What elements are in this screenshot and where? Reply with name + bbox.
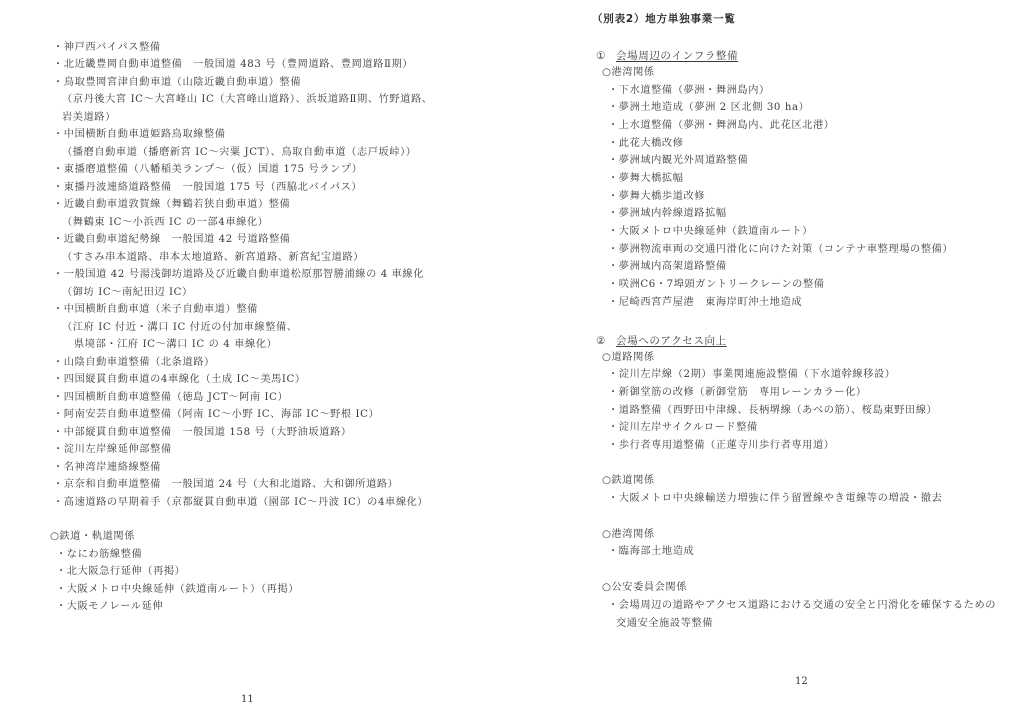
list-item: ・近畿自動車道敦賀線（舞鶴若狭自動車道）整備 <box>53 198 290 212</box>
list-item: ・東播丹波連絡道路整備 一般国道 175 号（西脇北バイパス） <box>53 181 362 195</box>
category-heading: ○港湾関係 <box>602 528 655 542</box>
list-item: ・四国縦貫自動車道の4車線化（土成 IC～美馬IC） <box>53 373 306 387</box>
list-item: ・夢洲域内高架道路整備 <box>608 260 727 274</box>
list-item: ・高速道路の早期着手（京都縦貫自動車道（園部 IC～丹波 IC）の4車線化） <box>53 496 428 510</box>
list-item-continuation: 交通安全施設等整備 <box>616 617 713 631</box>
list-item: ・名神湾岸連絡線整備 <box>53 461 161 475</box>
list-item-continuation: 岩美道路） <box>62 111 116 125</box>
section-heading: ①会場周辺のインフラ整備 <box>596 48 738 63</box>
list-item: ・神戸西バイパス整備 <box>53 41 161 55</box>
document-title: （別表2）地方単独事業一覧 <box>592 11 736 26</box>
list-item: ・夢洲域内幹線道路拡幅 <box>608 207 727 221</box>
list-item: ・会場周辺の道路やアクセス道路における交通の安全と円滑化を確保するための <box>608 599 996 613</box>
list-item: ・四国横断自動車道整備（徳島 JCT～阿南 IC） <box>53 391 288 405</box>
list-item-continuation: （御坊 IC～南紀田辺 IC） <box>62 286 193 300</box>
section-number: ② <box>596 335 606 347</box>
left-page: ・神戸西バイパス整備・北近畿豊岡自動車道整備 一般国道 483 号（豊岡道路、豊… <box>0 0 512 714</box>
list-item: ・新御堂筋の改修（新御堂筋 専用レーンカラー化） <box>608 386 867 400</box>
list-item: ・大阪メトロ中央線延伸（鉄道南ルート） <box>608 225 813 239</box>
list-item: ・咲洲C6・7埠頭ガントリークレーンの整備 <box>608 278 825 292</box>
list-item: ・大阪メトロ中央線延伸（鉄道南ルート）（再掲） <box>56 583 299 597</box>
list-item: ・中部縦貫自動車道整備 一般国道 158 号（大野油坂道路） <box>53 426 352 440</box>
category-heading: ○鉄道・軌道関係 <box>50 530 135 544</box>
list-item: ・道路整備（西野田中津線、長柄堺線（あべの筋）、桜島東野田線） <box>608 404 937 418</box>
list-item: ・中国横断自動車道（米子自動車道）整備 <box>53 303 258 317</box>
list-item: ・近畿自動車道紀勢線 一般国道 42 号道路整備 <box>53 233 291 247</box>
list-item: ・夢舞大橋拡幅 <box>608 172 684 186</box>
list-item-continuation: 県境部・江府 IC～溝口 IC の 4 車線化） <box>74 338 277 352</box>
list-item-continuation: （江府 IC 付近・溝口 IC 付近の付加車線整備、 <box>62 321 298 335</box>
list-item: ・臨海部土地造成 <box>608 545 694 559</box>
list-item: ・一般国道 42 号湯浅御坊道路及び近畿自動車道松原那智勝浦線の 4 車線化 <box>53 268 424 282</box>
list-item: ・夢洲土地造成（夢洲 2 区北側 30 ha） <box>608 101 809 115</box>
list-item: ・京奈和自動車道整備 一般国道 24 号（大和北道路、大和御所道路） <box>53 478 398 492</box>
list-item: ・夢洲物流車両の交通円滑化に向けた対策（コンテナ車整理場の整備） <box>608 243 953 257</box>
category-heading: ○港湾関係 <box>602 66 655 80</box>
category-heading: ○鉄道関係 <box>602 474 655 488</box>
list-item: ・夢舞大橋歩道改修 <box>608 190 705 204</box>
list-item: ・阿南安芸自動車道整備（阿南 IC～小野 IC、海部 IC～野根 IC） <box>53 408 379 422</box>
list-item: ・淀川左岸線（2期）事業関連施設整備（下水道幹線移設） <box>608 368 896 382</box>
list-item: ・淀川左岸線延伸部整備 <box>53 443 172 457</box>
list-item: ・夢洲域内観光外周道路整備 <box>608 154 748 168</box>
page-number-right: 12 <box>795 676 808 687</box>
list-item: ・歩行者専用道整備（正蓮寺川歩行者専用道） <box>608 439 835 453</box>
list-item: ・北近畿豊岡自動車道整備 一般国道 483 号（豊岡道路、豊岡道路Ⅱ期） <box>53 58 413 72</box>
section-heading: ②会場へのアクセス向上 <box>596 333 727 348</box>
list-item-continuation: （京丹後大宮 IC～大宮峰山 IC（大宮峰山道路）、浜坂道路Ⅱ期、竹野道路、 <box>62 93 433 107</box>
list-item: ・淀川左岸サイクルロード整備 <box>608 421 758 435</box>
right-page: （別表2）地方単独事業一覧 ○港湾関係・下水道整備（夢洲・舞洲島内）・夢洲土地造… <box>512 0 1024 714</box>
category-heading: ○公安委員会関係 <box>602 581 687 595</box>
list-item: ・此花大橋改修 <box>608 137 684 151</box>
list-item: ・尼崎西宮芦屋港 東海岸町沖土地造成 <box>608 296 802 310</box>
list-item: ・なにわ筋線整備 <box>56 548 142 562</box>
section-number: ① <box>596 50 606 62</box>
list-item-continuation: （播磨自動車道（播磨新宮 IC～宍粟 JCT）、鳥取自動車道（志戸坂峠）） <box>62 146 417 160</box>
page-number-left: 11 <box>241 694 254 705</box>
list-item: ・下水道整備（夢洲・舞洲島内） <box>608 84 770 98</box>
list-item: ・上水道整備（夢洲・舞洲島内、此花区北港） <box>608 119 835 133</box>
list-item-continuation: （すさみ串本道路、串本太地道路、新宮道路、新宮紀宝道路） <box>62 251 364 265</box>
list-item: ・大阪モノレール延伸 <box>56 600 163 614</box>
list-item: ・北大阪急行延伸（再掲） <box>56 565 185 579</box>
list-item: ・山陰自動車道整備（北条道路） <box>53 356 215 370</box>
section-title: 会場周辺のインフラ整備 <box>616 50 738 62</box>
category-heading: ○道路関係 <box>602 351 655 365</box>
section-title: 会場へのアクセス向上 <box>616 335 727 347</box>
list-item: ・鳥取豊岡宮津自動車道（山陰近畿自動車道）整備 <box>53 76 301 90</box>
list-item-continuation: （舞鶴東 IC～小浜西 IC の一部4車線化） <box>62 216 268 230</box>
list-item: ・大阪メトロ中央線輸送力増強に伴う留置線やき電線等の増設・撤去 <box>608 492 942 506</box>
list-item: ・東播磨道整備（八幡稲美ランプ～（仮）国道 175 号ランプ） <box>53 163 363 177</box>
list-item: ・中国横断自動車道姫路鳥取線整備 <box>53 128 226 142</box>
